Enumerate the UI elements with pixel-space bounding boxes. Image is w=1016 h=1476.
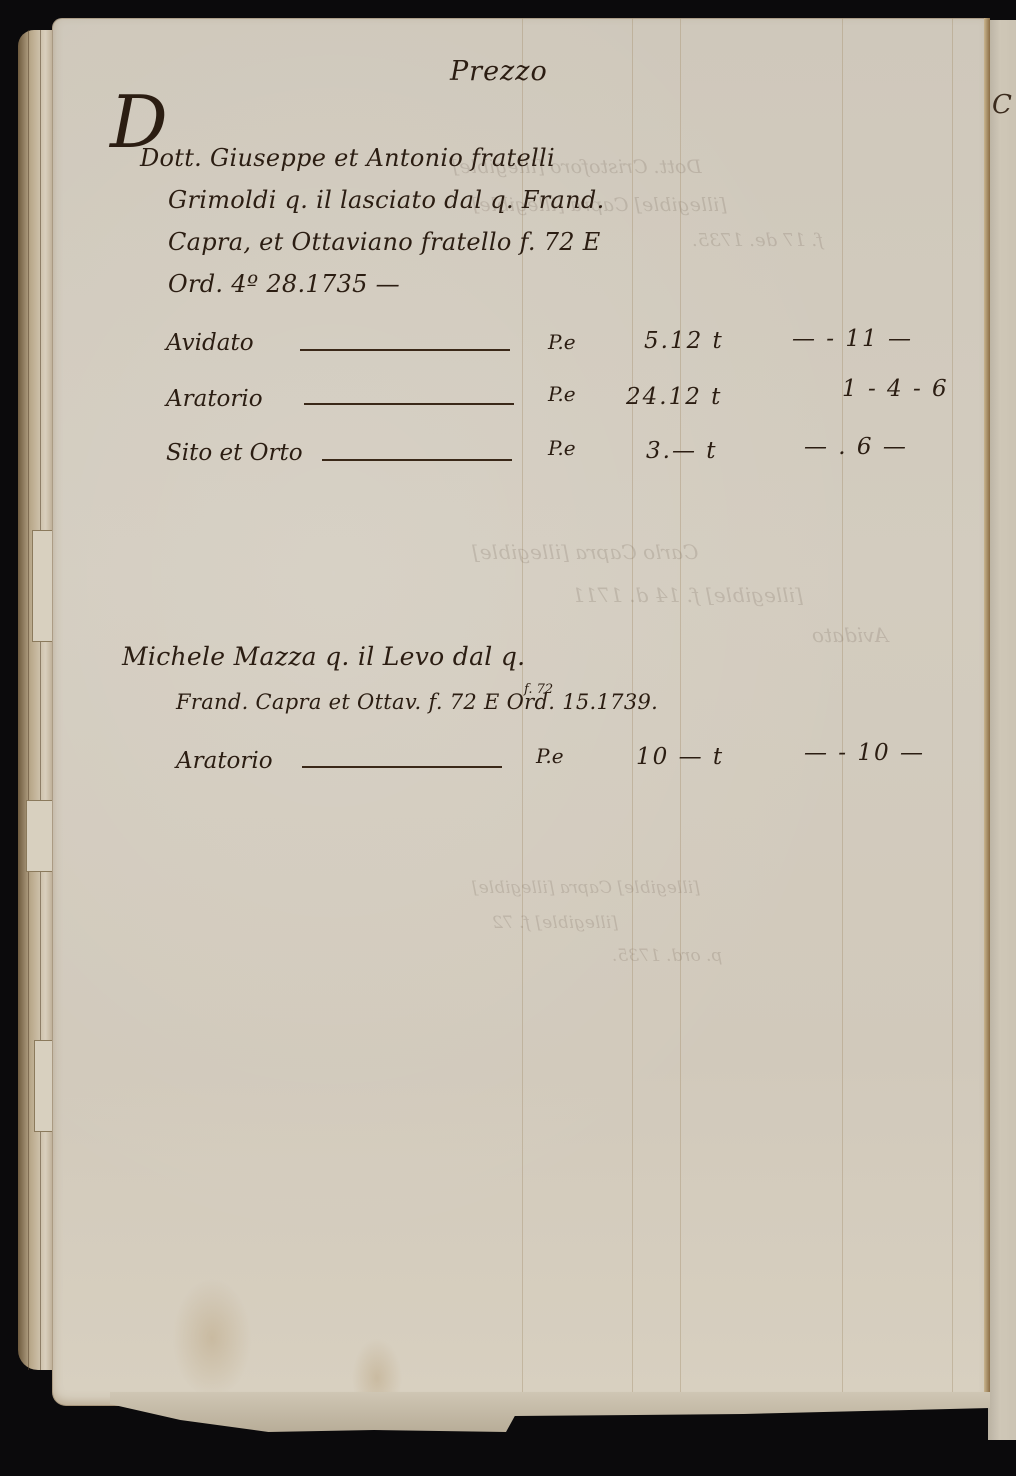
bleed-through-text: Avidato — [812, 623, 888, 647]
entry-header-line: Michele Mazza q. il Levo dal q. — [122, 642, 525, 671]
bleed-through-text: [illegible] Capra [illegible] — [472, 878, 700, 898]
ruled-column-line — [842, 18, 843, 1406]
leader-line — [302, 766, 502, 768]
bleed-through-text: p. ord. 1735. — [612, 946, 722, 966]
unit-mark: P.e — [548, 436, 576, 460]
unit-mark: P.e — [548, 330, 576, 354]
item-label: Sito et Orto — [166, 440, 303, 466]
entry-header-line: Frand. Capra et Ottav. f. 72 E Ord. 15.1… — [176, 690, 658, 714]
item-label: Aratorio — [166, 386, 263, 412]
entry-header-line: Grimoldi q. il lasciato dal q. Frand. — [168, 186, 605, 214]
amount-value: 5.12 t — [644, 328, 724, 354]
unit-mark: P.e — [536, 744, 564, 768]
bleed-through-text: [illegible] f. 72 — [492, 913, 618, 933]
facing-page-glyph: C — [992, 90, 1012, 120]
bleed-through-text: [illegible] f. 14 d. 1711 — [572, 583, 803, 607]
item-label: Aratorio — [176, 748, 273, 774]
foxing-stain — [172, 1278, 252, 1398]
item-label: Avidato — [166, 330, 254, 356]
manuscript-page: Dott. Cristoforo [illegible] [illegible]… — [52, 18, 990, 1406]
amount-value: 3.— t — [646, 438, 718, 464]
estimate-value: — - 10 — — [804, 740, 925, 766]
page-fore-edge — [984, 18, 990, 1406]
entry-header-line: Ord. 4º 28.1735 — — [168, 270, 400, 298]
facing-page: C — [988, 20, 1016, 1440]
estimate-value: — . 6 — — [804, 434, 908, 460]
amount-value: 10 — t — [636, 744, 724, 770]
ruled-column-line — [952, 18, 953, 1406]
leader-line — [304, 403, 514, 405]
leader-line — [300, 349, 510, 351]
estimate-value: 1 - 4 - 6 — [842, 376, 949, 402]
entry-header-line: Dott. Giuseppe et Antonio fratelli — [140, 144, 555, 172]
bleed-through-text: f. 17 de. 1735. — [692, 230, 823, 251]
scan-stage: C Dott. Cristoforo [illegible] [illegibl… — [0, 0, 1016, 1476]
leader-line — [322, 459, 512, 461]
entry-header-line: Capra, et Ottaviano fratello f. 72 E — [168, 228, 601, 256]
torn-leaf-bottom — [110, 1392, 990, 1432]
column-heading: Prezzo — [450, 56, 548, 87]
unit-mark: P.e — [548, 382, 576, 406]
leaf-edge — [40, 30, 41, 1370]
estimate-value: — - 11 — — [792, 326, 913, 352]
leaf-edge — [28, 30, 29, 1370]
amount-value: 24.12 t — [626, 384, 722, 410]
ruled-column-line — [680, 18, 681, 1406]
bleed-through-text: Carlo Capra [illegible] — [472, 540, 698, 564]
